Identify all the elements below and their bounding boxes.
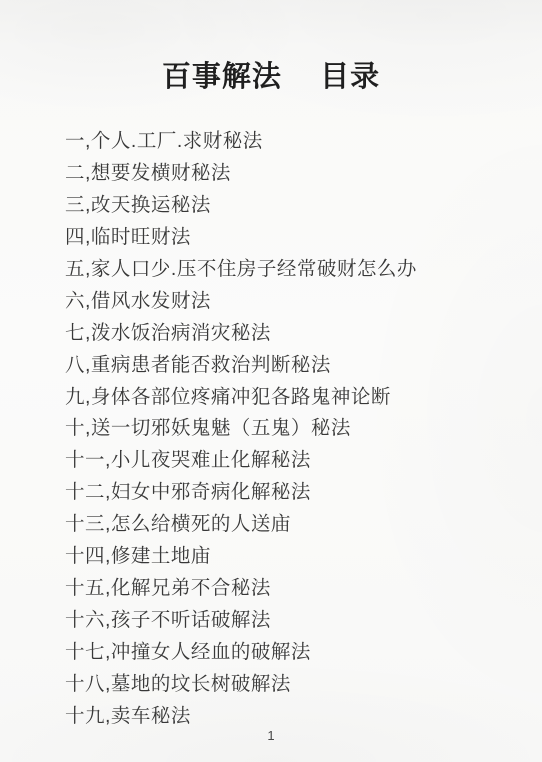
- document-page: 百事解法 目录 一,个人.工厂.求财秘法 二,想要发横财秘法 三,改天换运秘法 …: [0, 0, 542, 762]
- toc-item: 二,想要发横财秘法: [65, 158, 512, 190]
- toc-item: 十一,小儿夜哭难止化解秘法: [65, 445, 512, 477]
- toc-item: 十七,冲撞女人经血的破解法: [65, 637, 512, 669]
- toc-item: 六,借风水发财法: [65, 286, 512, 318]
- page-number: 1: [0, 728, 542, 743]
- toc-item: 十,送一切邪妖鬼魅（五鬼）秘法: [65, 413, 512, 445]
- toc-item: 十三,怎么给横死的人送庙: [65, 509, 512, 541]
- toc-item: 四,临时旺财法: [65, 222, 512, 254]
- page-title: 百事解法 目录: [0, 58, 542, 96]
- toc-item: 十五,化解兄弟不合秘法: [65, 573, 512, 605]
- toc-item: 十六,孩子不听话破解法: [65, 605, 512, 637]
- toc-item: 十二,妇女中邪奇病化解秘法: [65, 477, 512, 509]
- toc-item: 九,身体各部位疼痛冲犯各路鬼神论断: [65, 382, 512, 414]
- toc-item: 七,泼水饭治病消灾秘法: [65, 318, 512, 350]
- toc-item: 八,重病患者能否救治判断秘法: [65, 350, 512, 382]
- table-of-contents: 一,个人.工厂.求财秘法 二,想要发横财秘法 三,改天换运秘法 四,临时旺财法 …: [65, 126, 512, 733]
- toc-item: 三,改天换运秘法: [65, 190, 512, 222]
- toc-item: 一,个人.工厂.求财秘法: [65, 126, 512, 158]
- toc-item: 十八,墓地的坟长树破解法: [65, 669, 512, 701]
- toc-item: 五,家人口少.压不住房子经常破财怎么办: [65, 254, 512, 286]
- toc-item: 十四,修建土地庙: [65, 541, 512, 573]
